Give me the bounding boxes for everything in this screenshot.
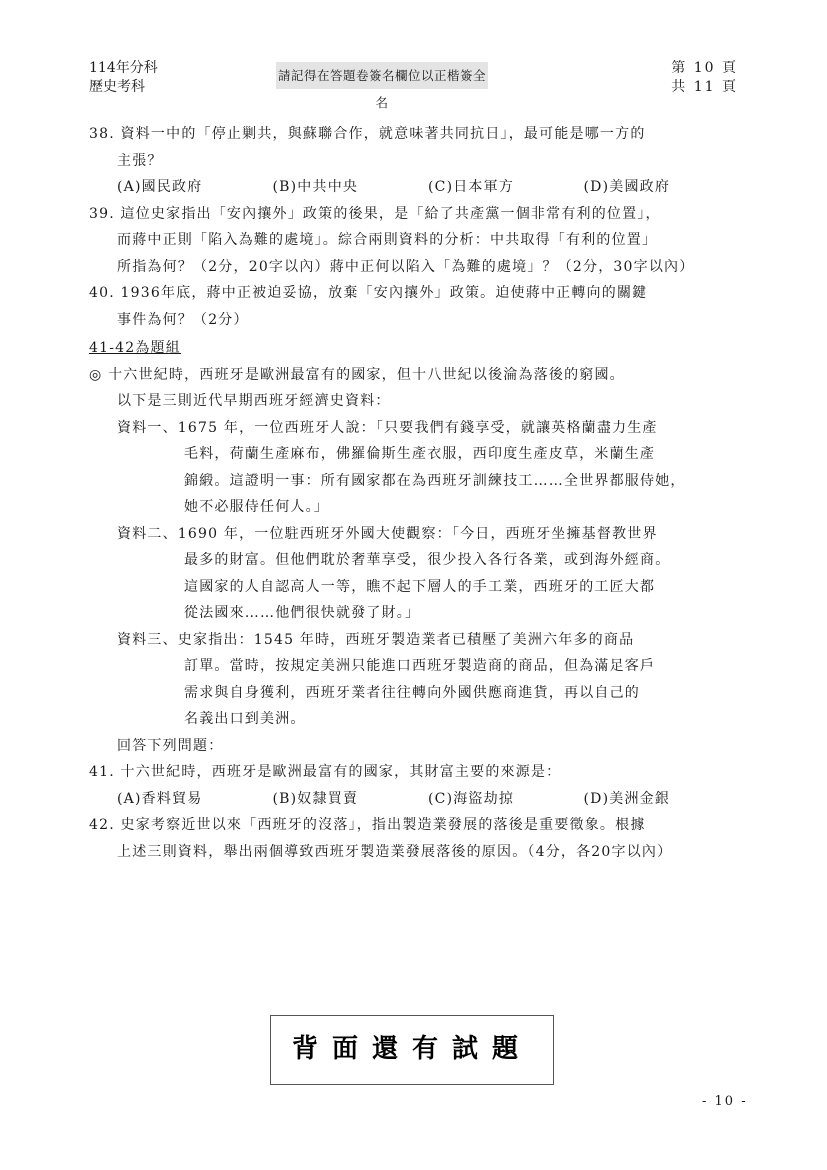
group-intro-line2: 以下是三則近代早期西班牙經濟史資料： — [89, 388, 739, 415]
question-group-title: 41-42為題組 — [89, 335, 739, 362]
source-3: 資料三、史家指出：1545 年時，西班牙製造業者已積壓了美洲六年多的商品 訂單。… — [89, 627, 739, 733]
source-3-line2: 訂單。當時，按規定美洲只能進口西班牙製造商的商品，但為滿足客戶 — [89, 653, 739, 680]
source-2-line1: 資料二、1690 年，一位駐西班牙外國大使觀察：「今日，西班牙坐擁基督教世界 — [89, 521, 739, 548]
source-1-line3: 錦緞。這證明一事：所有國家都在為西班牙訓練技工……全世界都服侍她， — [89, 468, 739, 495]
source-2-line3: 這國家的人自認高人一等，瞧不起下層人的手工業，西班牙的工匠大都 — [89, 574, 739, 601]
q39-line2: 而蔣中正則「陷入為難的處境」。綜合兩則資料的分析：中共取得「有利的位置」 — [89, 227, 739, 254]
source-1-line2: 毛料，荷蘭生產麻布，佛羅倫斯生產衣服，西印度生產皮草，米蘭生產 — [89, 441, 739, 468]
source-2-line4: 從法國來……他們很快就發了財。」 — [89, 600, 739, 627]
q42-line1: 42. 史家考察近世以來「西班牙的沒落」，指出製造業發展的落後是重要徵象。根據 — [89, 812, 739, 839]
q38-stem-line2: 主張？ — [89, 148, 739, 175]
question-39: 39. 這位史家指出「安內攘外」政策的後果，是「給了共產黨一個非常有利的位置」，… — [89, 201, 739, 281]
exam-info: 114年分科 歷史考科 — [89, 59, 158, 97]
exam-year: 114年分科 — [89, 59, 158, 78]
source-2: 資料二、1690 年，一位駐西班牙外國大使觀察：「今日，西班牙坐擁基督教世界 最… — [89, 521, 739, 627]
question-41: 41. 十六世紀時，西班牙是歐洲最富有的國家，其財富主要的來源是： (A)香料貿… — [89, 759, 739, 812]
group-intro-line1: ◎ 十六世紀時，西班牙是歐洲最富有的國家，但十八世紀以後淪為落後的窮國。 — [89, 362, 739, 389]
q41-option-d: (D)美洲金銀 — [584, 786, 740, 813]
page-total: 共 11 頁 — [671, 78, 738, 97]
source-1: 資料一、1675 年，一位西班牙人說：「只要我們有錢享受，就讓英格蘭盡力生產 毛… — [89, 415, 739, 521]
source-2-line2: 最多的財富。但他們耽於奢華享受，很少投入各行各業，或到海外經商。 — [89, 547, 739, 574]
page-info: 第 10 頁 共 11 頁 — [671, 59, 738, 97]
question-38: 38. 資料一中的「停止剿共，與蘇聯合作，就意味著共同抗日」，最可能是哪一方的 … — [89, 121, 739, 201]
q41-options: (A)香料貿易 (B)奴隸買賣 (C)海盜劫掠 (D)美洲金銀 — [89, 786, 739, 813]
question-42: 42. 史家考察近世以來「西班牙的沒落」，指出製造業發展的落後是重要徵象。根據 … — [89, 812, 739, 865]
q38-option-c: (C)日本軍方 — [428, 174, 584, 201]
answer-prompt: 回答下列問題： — [89, 733, 739, 760]
source-3-line1: 資料三、史家指出：1545 年時，西班牙製造業者已積壓了美洲六年多的商品 — [89, 627, 739, 654]
q41-stem: 41. 十六世紀時，西班牙是歐洲最富有的國家，其財富主要的來源是： — [89, 759, 739, 786]
signature-notice: 請記得在答題卷簽名欄位以正楷簽全名 — [276, 62, 488, 89]
q41-option-b: (B)奴隸買賣 — [273, 786, 429, 813]
q38-stem-line1: 38. 資料一中的「停止剿共，與蘇聯合作，就意味著共同抗日」，最可能是哪一方的 — [89, 121, 739, 148]
q41-option-c: (C)海盜劫掠 — [428, 786, 584, 813]
q38-option-d: (D)美國政府 — [584, 174, 740, 201]
source-1-line4: 她不必服侍任何人。」 — [89, 494, 739, 521]
q39-line3: 所指為何？（2分，20字以內）蔣中正何以陷入「為難的處境」？（2分，30字以內） — [89, 254, 739, 281]
source-3-line3: 需求與自身獲利，西班牙業者往往轉向外國供應商進貨，再以自己的 — [89, 680, 739, 707]
source-1-line1: 資料一、1675 年，一位西班牙人說：「只要我們有錢享受，就讓英格蘭盡力生產 — [89, 415, 739, 442]
q40-line2: 事件為何？（2分） — [89, 307, 739, 334]
q41-option-a: (A)香料貿易 — [117, 786, 273, 813]
q42-line2: 上述三則資料，舉出兩個導致西班牙製造業發展落後的原因。（4分，各20字以內） — [89, 839, 739, 866]
q40-line1: 40. 1936年底，蔣中正被迫妥協，放棄「安內攘外」政策。迫使蔣中正轉向的關鍵 — [89, 280, 739, 307]
q38-option-a: (A)國民政府 — [117, 174, 273, 201]
page-number: - 10 - — [702, 1094, 748, 1109]
question-40: 40. 1936年底，蔣中正被迫妥協，放棄「安內攘外」政策。迫使蔣中正轉向的關鍵… — [89, 280, 739, 333]
q39-line1: 39. 這位史家指出「安內攘外」政策的後果，是「給了共產黨一個非常有利的位置」， — [89, 201, 739, 228]
q38-options: (A)國民政府 (B)中共中央 (C)日本軍方 (D)美國政府 — [89, 174, 739, 201]
source-3-line4: 名義出口到美洲。 — [89, 706, 739, 733]
page-current: 第 10 頁 — [671, 59, 738, 78]
exam-subject: 歷史考科 — [89, 78, 158, 97]
q38-option-b: (B)中共中央 — [273, 174, 429, 201]
back-page-notice: 背面還有試題 — [270, 1015, 554, 1085]
question-body: 38. 資料一中的「停止剿共，與蘇聯合作，就意味著共同抗日」，最可能是哪一方的 … — [89, 121, 739, 865]
